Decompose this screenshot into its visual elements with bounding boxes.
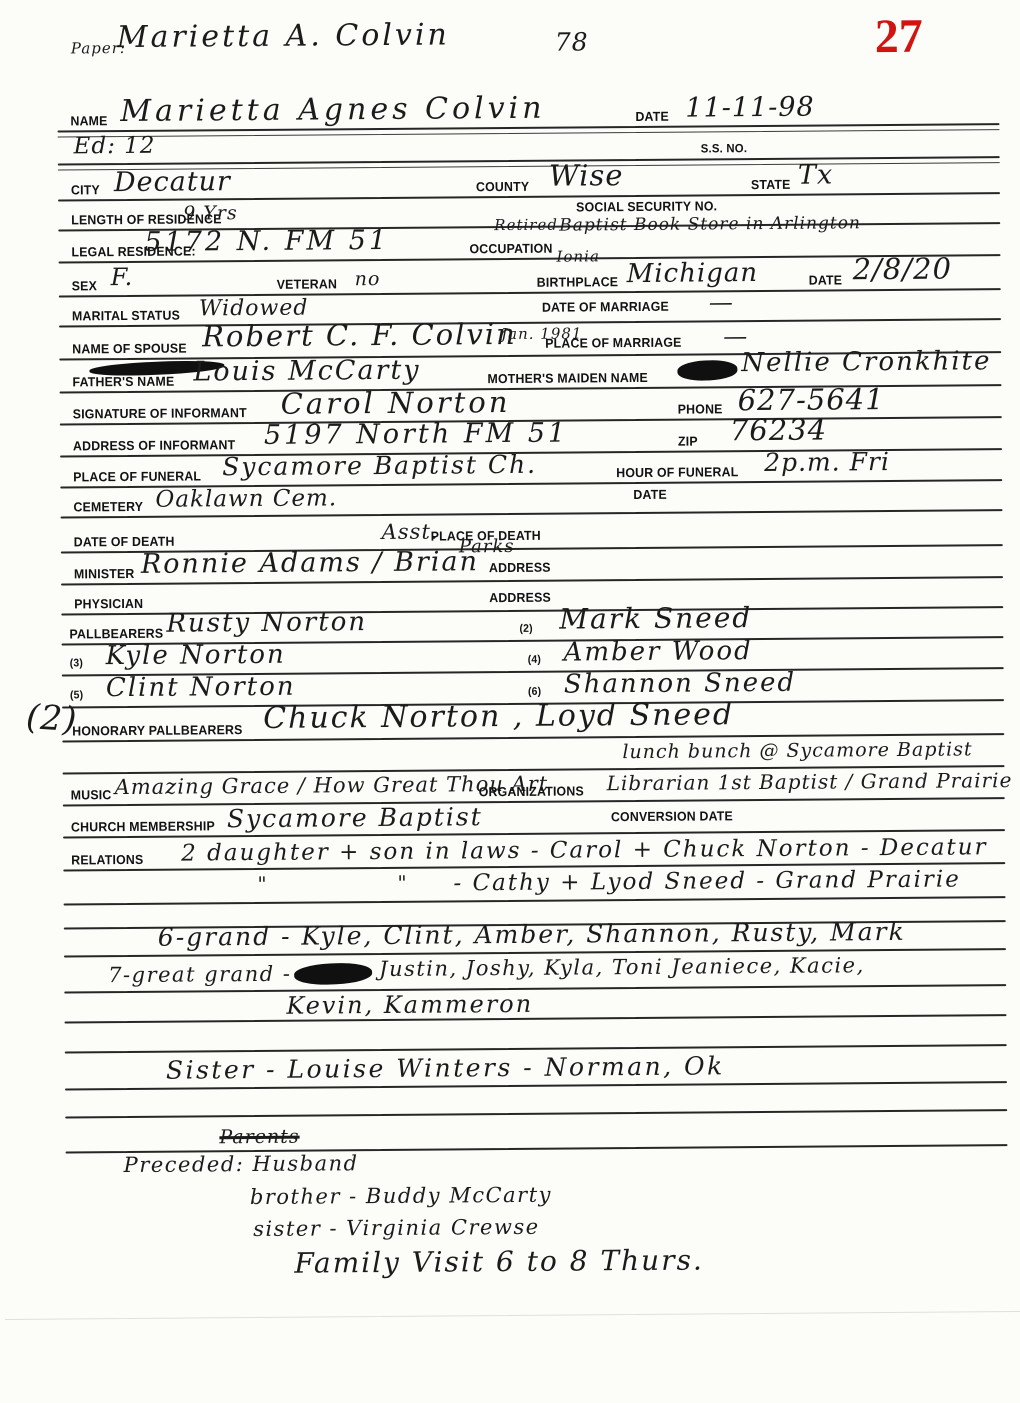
fathers-name-value: Louis McCarty: [193, 357, 420, 386]
veteran-value: no: [355, 270, 381, 289]
physician-label: PHYSICIAN: [74, 596, 143, 612]
place-of-marriage-label: PLACE OF MARRIAGE: [545, 335, 681, 351]
spouse-value: Robert C. F. Colvin: [202, 320, 517, 351]
address-of-informant-label: ADDRESS OF INFORMANT: [73, 437, 235, 453]
family-visit-note: Family Visit 6 to 8 Thurs.: [294, 1246, 704, 1277]
rule-line: [64, 896, 1006, 905]
cemetery-date-label: DATE: [633, 487, 667, 502]
pallbearer-6-number: (6): [528, 686, 541, 698]
phone-label: PHONE: [678, 401, 723, 416]
pallbearer-3: Kyle Norton: [106, 642, 286, 669]
sister-note: Sister - Louise Winters - Norman, Ok: [166, 1053, 725, 1082]
rule-line: [64, 1014, 1006, 1023]
parents-struck-note: Parents: [219, 1128, 299, 1148]
minister-note: Parks: [459, 538, 515, 556]
date-of-marriage-label: DATE OF MARRIAGE: [542, 299, 669, 315]
sex-value: F.: [111, 265, 134, 289]
pallbearer-2-number: (2): [519, 623, 532, 635]
city-label: CITY: [71, 182, 100, 197]
preceded-note: Preceded: Husband: [124, 1153, 359, 1176]
relations-line1: 2 daughter + son in laws - Carol + Chuck…: [181, 836, 988, 865]
honorary-pallbearers-value: Chuck Norton , Loyd Sneed: [263, 700, 734, 734]
mothers-maiden-name-label: MOTHER'S MAIDEN NAME: [487, 370, 648, 386]
scanned-funeral-record-page: Paper: Marietta A. Colvin 78 27 NAME Mar…: [0, 0, 1020, 1403]
occupation-note: Retired: [494, 218, 558, 233]
fathers-name-label: FATHER'S NAME: [72, 374, 174, 390]
place-of-funeral-value: Sycamore Baptist Ch.: [222, 452, 537, 479]
zip-label: ZIP: [678, 434, 698, 449]
legal-residence-value: 5172 N. FM 51: [144, 227, 389, 256]
organizations-label: ORGANIZATIONS: [479, 783, 584, 799]
church-membership-label: CHURCH MEMBERSHIP: [71, 818, 215, 834]
county-value: Wise: [549, 161, 624, 191]
state-value: Tx: [798, 161, 833, 188]
city-value: Decatur: [114, 168, 231, 196]
organizations-value: Librarian 1st Baptist / Grand Prairie: [607, 770, 1013, 793]
scratched-out-text: [294, 962, 373, 986]
birthplace-value: Michigan: [627, 260, 759, 287]
length-of-residence-value: 9 Yrs: [183, 204, 238, 223]
rule-line: [65, 1109, 1007, 1118]
county-label: COUNTY: [476, 179, 529, 194]
veteran-label: VETERAN: [277, 276, 337, 291]
ss-no-label: S.S. NO.: [701, 141, 748, 155]
ditto-mark: ": [397, 873, 407, 893]
form-content: Paper: Marietta A. Colvin 78 27 NAME Mar…: [0, 0, 1020, 1403]
pallbearers-label: PALLBEARERS: [69, 626, 163, 642]
pallbearer-1: Rusty Norton: [166, 609, 367, 637]
birth-date-label: DATE: [809, 272, 843, 287]
date-of-death-label: DATE OF DEATH: [74, 534, 175, 550]
pallbearer-2: Mark Sneed: [559, 604, 752, 634]
place-of-marriage-value: —: [723, 324, 748, 348]
page-number: 27: [875, 9, 923, 64]
rule-line-faint: [5, 1311, 1020, 1320]
relations-label: RELATIONS: [71, 852, 143, 868]
occupation-value: Baptist Book Store in Arlington: [559, 215, 861, 234]
honorary-margin-note: (2): [25, 700, 78, 737]
name-label: NAME: [70, 113, 107, 128]
hour-of-funeral-value: 2p.m. Fri: [764, 449, 890, 475]
scratched-out-text: [677, 359, 738, 382]
social-security-label: SOCIAL SECURITY NO.: [576, 198, 717, 214]
birth-date-value: 2/8/20: [853, 255, 953, 285]
zip-value: 76234: [730, 416, 827, 446]
date-value: 11-11-98: [685, 94, 815, 122]
lunch-note: lunch bunch @ Sycamore Baptist: [622, 740, 972, 762]
marital-status-value: Widowed: [199, 298, 309, 321]
signature-of-informant-value: Carol Norton: [281, 388, 511, 419]
phone-value: 627-5641: [738, 385, 885, 415]
education-value: Ed: 12: [74, 135, 156, 159]
brother-note: brother - Buddy McCarty: [250, 1185, 552, 1208]
name-value: Marietta Agnes Colvin: [120, 94, 545, 127]
ditto-mark: ": [257, 874, 267, 894]
date-of-marriage-value: —: [709, 290, 734, 314]
great-grandchildren-prefix: 7-great grand -: [108, 964, 291, 986]
pallbearer-4: Amber Wood: [564, 638, 753, 665]
great-grandchildren-continued: Kevin, Kammeron: [286, 992, 533, 1018]
pallbearer-4-number: (4): [528, 654, 541, 666]
mothers-maiden-name-value: Nellie Cronkhite: [741, 348, 991, 376]
state-label: STATE: [751, 177, 791, 192]
sex-label: SEX: [72, 278, 97, 293]
pallbearer-6: Shannon Sneed: [564, 670, 796, 698]
address-of-informant-value: 5197 North FM 51: [264, 420, 568, 449]
header-deceased-name: Marietta A. Colvin: [117, 20, 450, 53]
minister-value: Ronnie Adams / Brian: [141, 548, 479, 578]
cemetery-value: Oaklawn Cem.: [155, 487, 337, 511]
spouse-label: NAME OF SPOUSE: [72, 341, 187, 357]
header-age: 78: [555, 29, 589, 54]
honorary-pallbearers-label: HONORARY PALLBEARERS: [72, 722, 242, 738]
cemetery-label: CEMETERY: [73, 499, 143, 515]
place-of-funeral-label: PLACE OF FUNERAL: [73, 468, 201, 484]
church-membership-value: Sycamore Baptist: [227, 804, 483, 831]
pallbearer-3-number: (3): [70, 657, 83, 669]
sister2-note: sister - Virginia Crewse: [253, 1217, 540, 1240]
minister-address-label: ADDRESS: [489, 560, 551, 575]
great-grandchildren-names: Justin, Joshy, Kyla, Toni Jeaniece, Kaci…: [379, 955, 865, 980]
signature-of-informant-label: SIGNATURE OF INFORMANT: [73, 405, 247, 421]
grandchildren-note: 6-grand - Kyle, Clint, Amber, Shannon, R…: [158, 919, 906, 950]
physician-address-label: ADDRESS: [489, 590, 551, 605]
pallbearer-5: Clint Norton: [106, 674, 296, 701]
music-label: MUSIC: [71, 787, 112, 802]
hour-of-funeral-label: HOUR OF FUNERAL: [616, 464, 738, 480]
marital-status-label: MARITAL STATUS: [72, 308, 180, 324]
birthplace-label: BIRTHPLACE: [537, 274, 619, 290]
minister-label: MINISTER: [74, 566, 135, 581]
birthplace-note: Ionia: [556, 249, 599, 264]
date-label: DATE: [635, 109, 669, 124]
conversion-date-label: CONVERSION DATE: [611, 808, 733, 824]
occupation-label: OCCUPATION: [469, 241, 552, 257]
relations-line2: - Cathy + Lyod Sneed - Grand Prairie: [453, 868, 961, 895]
